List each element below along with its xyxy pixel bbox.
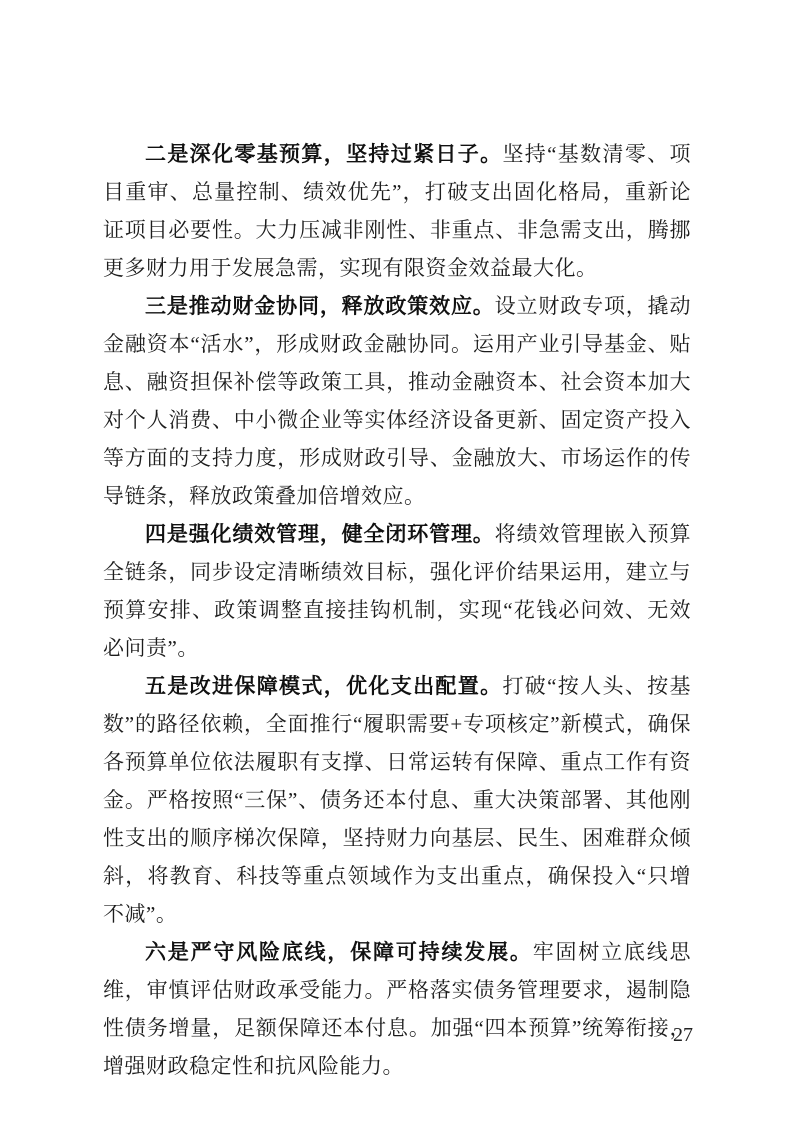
page-number: 27 [673,1022,693,1048]
paragraph-lead: 五是改进保障模式，优化支出配置。 [145,674,502,698]
paragraph: 六是严守风险底线，保障可持续发展。牢固树立底线思维，审慎评估财政承受能力。严格落… [103,933,691,1085]
document-body: 二是深化零基预算，坚持过紧日子。坚持“基数清零、项目重审、总量控制、绩效优先”，… [103,135,691,1085]
paragraph: 五是改进保障模式，优化支出配置。打破“按人头、按基数”的路径依赖，全面推行“履职… [103,667,691,933]
document-page: 二是深化零基预算，坚持过紧日子。坚持“基数清零、项目重审、总量控制、绩效优先”，… [0,0,793,1122]
paragraph: 二是深化零基预算，坚持过紧日子。坚持“基数清零、项目重审、总量控制、绩效优先”，… [103,135,691,287]
paragraph-body: 打破“按人头、按基数”的路径依赖，全面推行“履职需要+专项核定”新模式，确保各预… [103,674,691,926]
paragraph: 四是强化绩效管理，健全闭环管理。将绩效管理嵌入预算全链条，同步设定清晰绩效目标，… [103,515,691,667]
paragraph: 三是推动财金协同，释放政策效应。设立财政专项，撬动金融资本“活水”，形成财政金融… [103,287,691,515]
paragraph-lead: 三是推动财金协同，释放政策效应。 [145,294,495,318]
paragraph-lead: 六是严守风险底线，保障可持续发展。 [145,940,533,964]
paragraph-body: 设立财政专项，撬动金融资本“活水”，形成财政金融协同。运用产业引导基金、贴息、融… [103,294,691,508]
paragraph-lead: 四是强化绩效管理，健全闭环管理。 [145,522,495,546]
paragraph-lead: 二是深化零基预算，坚持过紧日子。 [145,142,502,166]
